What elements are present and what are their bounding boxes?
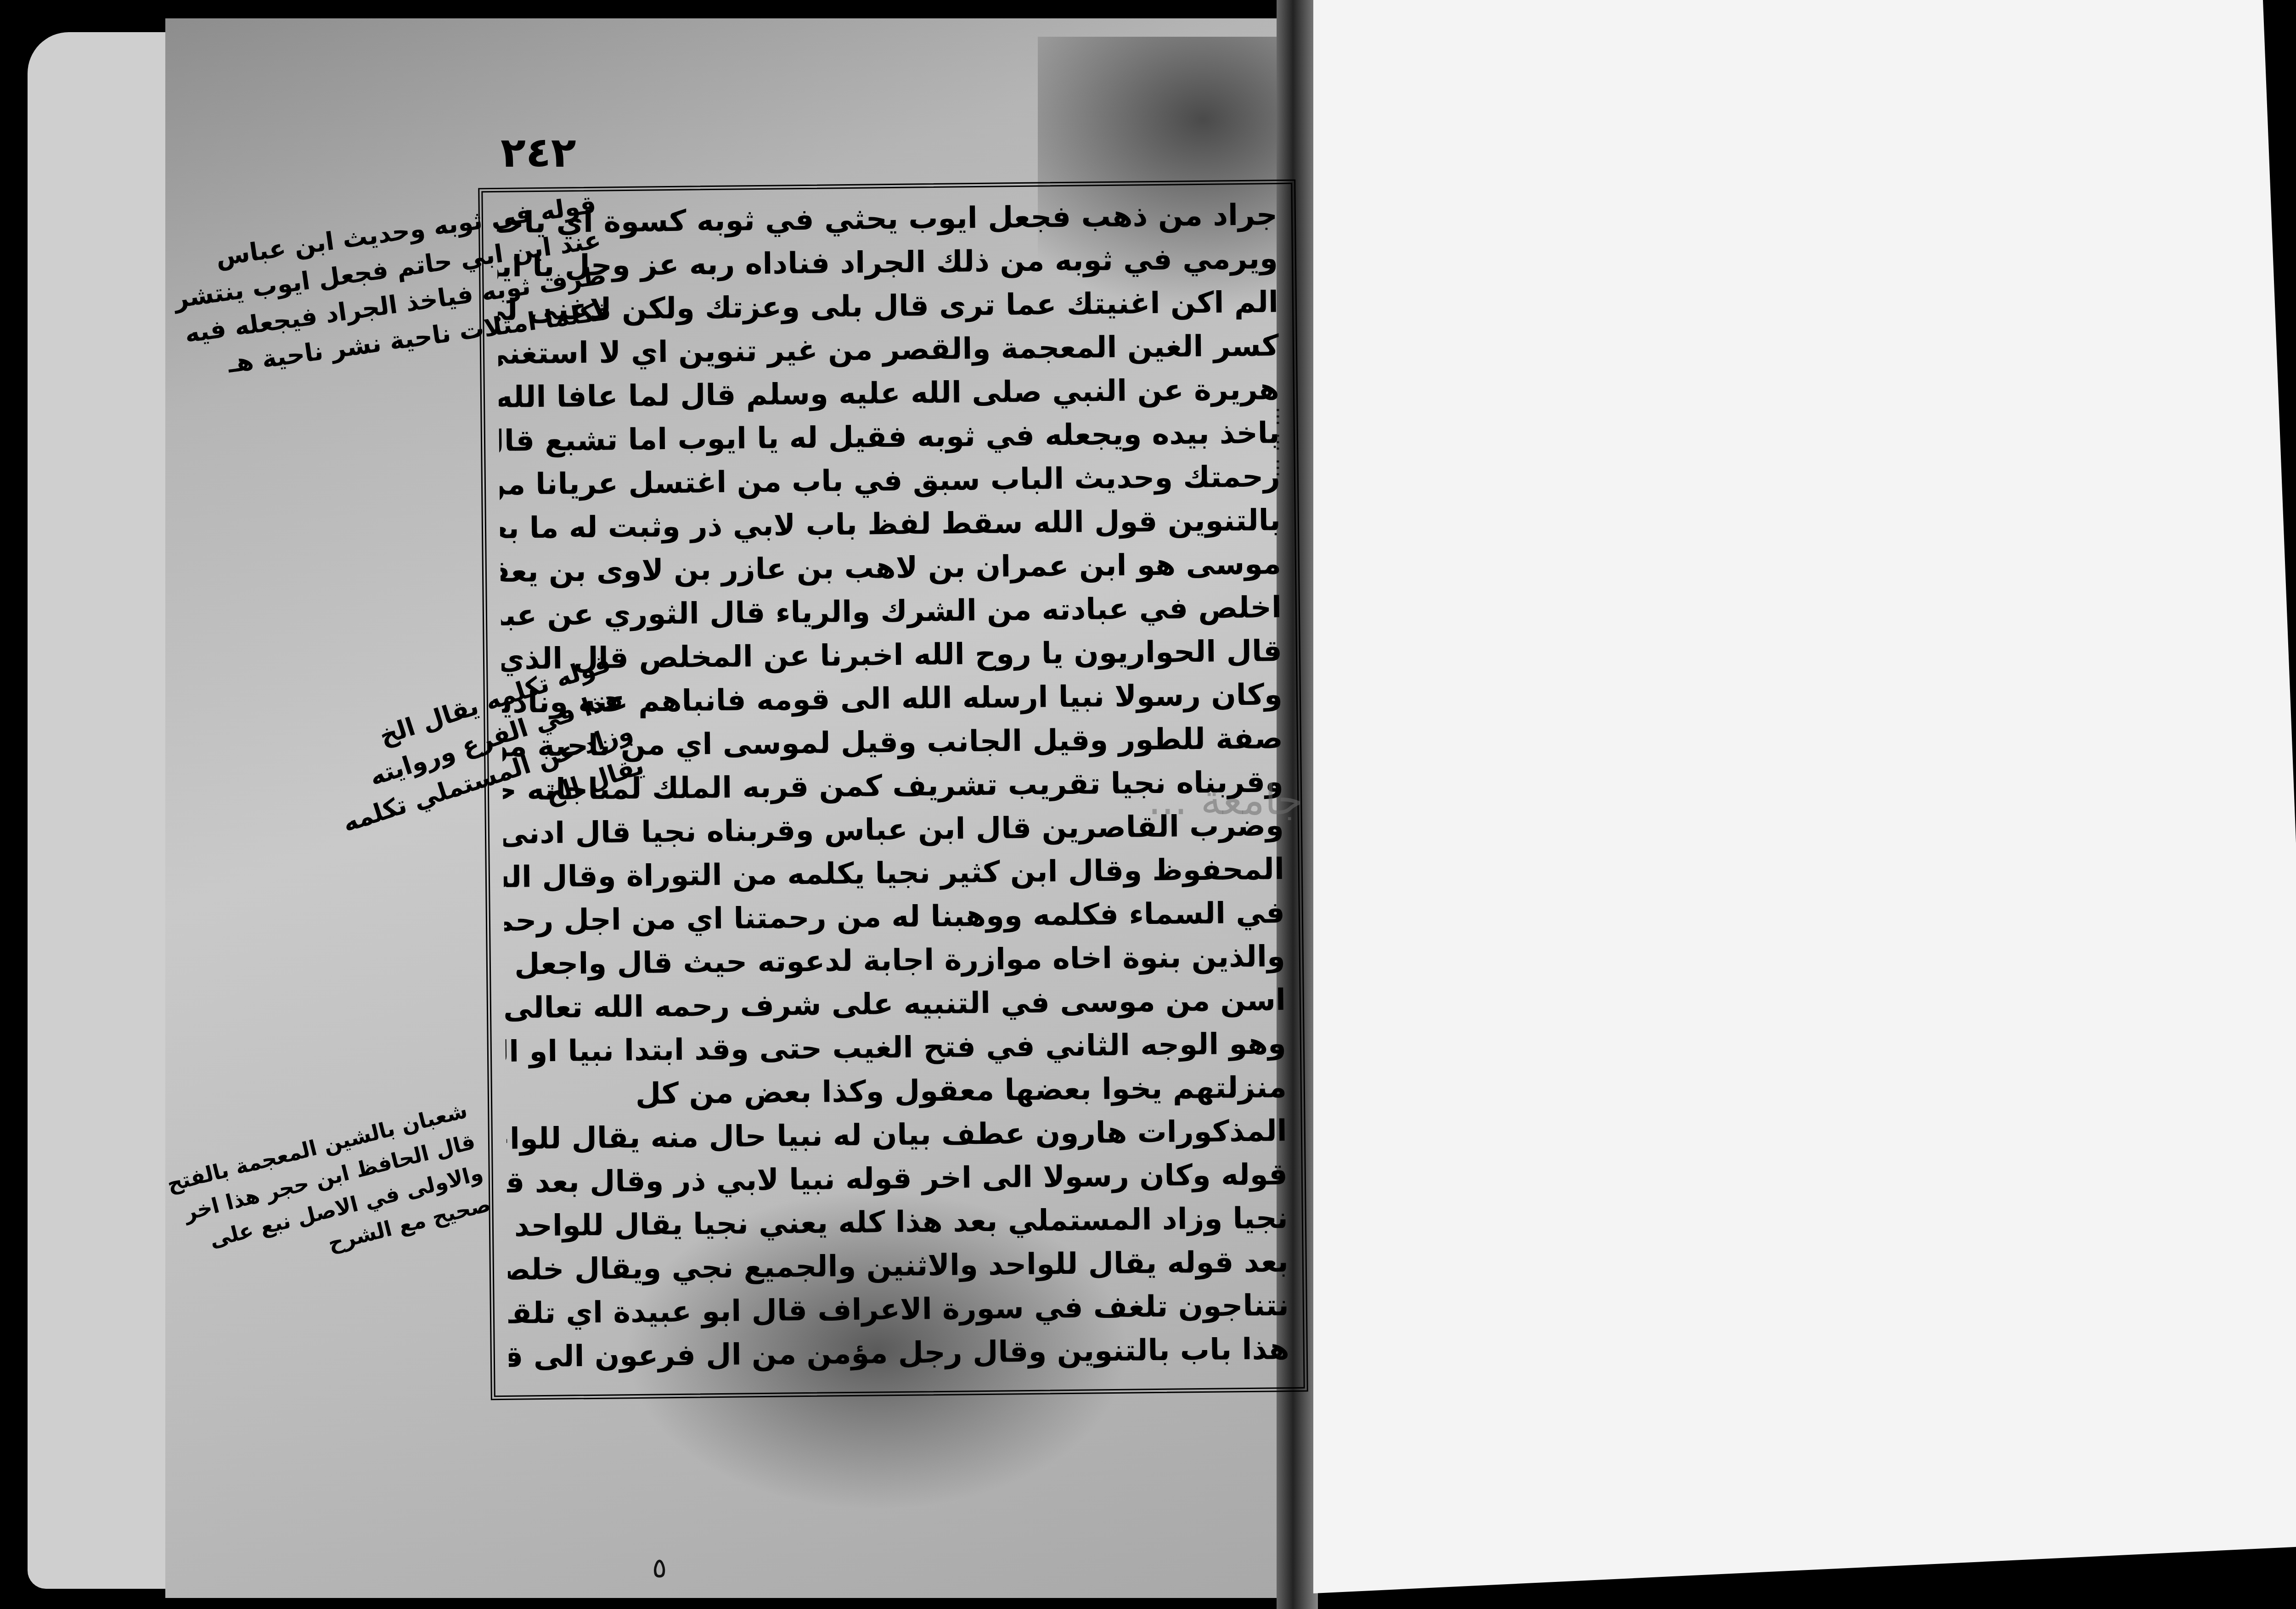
text-line: موسى هو ابن عمران بن لاهب بن عازر بن لاو… <box>500 542 1281 594</box>
text-line: المحفوظ وقال ابن كثير نجيا يكلمه من التو… <box>503 848 1284 900</box>
text-line: نتناجون تلغف في سورة الاعراف قال ابو عبي… <box>508 1284 1289 1336</box>
margin-note-right: ... ... ... <box>1231 110 1295 478</box>
text-line: هريرة عن النبي صلى الله عليه وسلم قال لم… <box>499 368 1280 420</box>
text-line: بعد قوله يقال للواحد والاثنين والجميع نج… <box>507 1240 1289 1292</box>
text-line: كسر الغين المعجمة والقصر من غير تنوين اي… <box>498 324 1279 376</box>
text-line: والذين بنوة اخاه موازرة اجابة لدعوته حيث… <box>504 935 1285 987</box>
text-line: قال الحواريون يا روح الله اخبرنا عن المخ… <box>501 630 1282 681</box>
text-line: اسن من موسى في التنبيه على شرف رحمه الله… <box>505 979 1286 1030</box>
text-line: باخذ بيده ويجعله في ثوبه فقيل له يا ايوب… <box>499 411 1280 463</box>
text-line: الم اكن اغنيتك عما ترى قال بلى وعزتك ولك… <box>498 281 1279 332</box>
text-line: رحمتك وحديث الباب سبق في باب من اغتسل عر… <box>500 455 1281 507</box>
library-watermark: جامعة ... <box>1148 776 1303 824</box>
text-line: في السماء فكلمه ووهبنا له من رحمتنا اي م… <box>504 891 1285 943</box>
text-line: قوله وكان رسولا الى اخر قوله نبيا لابي ذ… <box>506 1153 1288 1205</box>
blank-page <box>1313 0 2296 1593</box>
text-line: وهو الوجه الثاني في فتح الغيب حتى وقد اب… <box>505 1022 1286 1074</box>
text-line: اخلص في عبادته من الشرك والرياء قال الثو… <box>501 586 1282 638</box>
text-line: ويرمي في ثوبه من ذلك الجراد فناداه ربه ع… <box>497 237 1278 289</box>
folio-mark: ٥ <box>652 1552 667 1584</box>
text-line: هذا باب بالتنوين وقال رجل مؤمن من ال فرع… <box>508 1328 1289 1379</box>
text-line: بالتنوين قول الله سقط لفظ باب لابي ذر وث… <box>500 499 1281 551</box>
text-line: المذكورات هارون عطف بيان له نبيا حال منه… <box>506 1109 1287 1161</box>
text-line: منزلتهم يخوا بعضها معقول وكذا بعض من كل <box>506 1066 1287 1118</box>
text-line: جراد من ذهب فجعل ايوب يحثي في ثوبه كسوة … <box>497 193 1278 245</box>
page-number: ٢٤٢ <box>501 129 576 177</box>
text-line: نجيا وزاد المستملي بعد هذا كله يعني نجيا… <box>507 1197 1288 1249</box>
